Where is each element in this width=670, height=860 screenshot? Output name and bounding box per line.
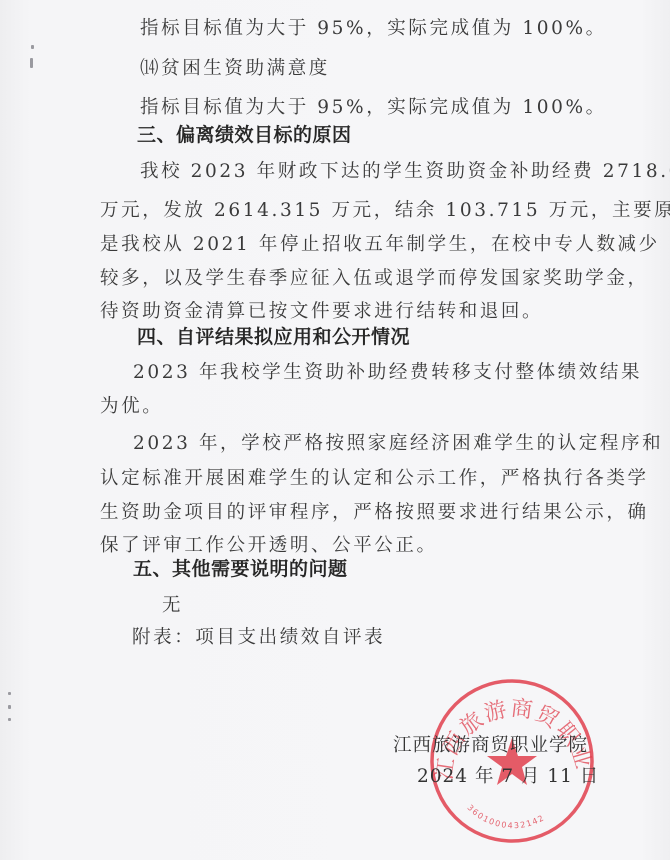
paragraph-line: 是我校从 2021 年停止招收五年制学生，在校中专人数减少: [100, 233, 660, 257]
paragraph-line: 认定标准开展困难学生的认定和公示工作，严格执行各类学: [100, 467, 649, 491]
paragraph-line: 待资助资金清算已按文件要求进行结转和退回。: [100, 300, 543, 324]
signature-date: 2024 年 7 月 11 日: [417, 765, 599, 789]
indicator-title: ⒁贫困生资助满意度: [140, 57, 330, 81]
paragraph-line: 2023 年，学校严格按照家庭经济困难学生的认定程序和: [133, 432, 663, 456]
paragraph-line: 较多，以及学生春季应征入伍或退学而停发国家奖助学金，: [100, 267, 649, 291]
paragraph-line: 万元，发放 2614.315 万元，结余 103.715 万元，主要原因: [100, 199, 670, 223]
section-heading-5: 五、其他需要说明的问题: [133, 557, 348, 581]
paragraph-line: 保了评审工作公开透明、公平公正。: [100, 534, 438, 558]
paragraph-line: 为优。: [100, 395, 163, 419]
paragraph-line: 2023 年我校学生资助补助经费转移支付整体绩效结果: [133, 361, 642, 385]
paragraph-line: 生资助金项目的评审程序，严格按照要求进行结果公示，确: [100, 501, 649, 525]
indicator-line: 指标目标值为大于 95%，实际完成值为 100%。: [140, 17, 607, 41]
svg-text:3601000432142: 3601000432142: [465, 803, 546, 830]
binding-hole-mark: [31, 45, 34, 49]
section-heading-3: 三、偏离绩效目标的原因: [137, 123, 352, 147]
binding-hole-mark: [8, 718, 11, 721]
paragraph-line: 我校 2023 年财政下达的学生资助资金补助经费 2718.03: [140, 160, 670, 184]
indicator-line: 指标目标值为大于 95%，实际完成值为 100%。: [140, 96, 607, 120]
attachment-note: 附表：项目支出绩效自评表: [132, 626, 385, 650]
binding-hole-mark: [8, 692, 11, 695]
section5-content: 无: [162, 594, 183, 618]
section-heading-4: 四、自评结果拟应用和公开情况: [137, 325, 410, 349]
document-page: 指标目标值为大于 95%，实际完成值为 100%。 ⒁贫困生资助满意度 指标目标…: [0, 0, 670, 860]
signature-organization: 江西旅游商贸职业学院: [393, 734, 588, 758]
binding-hole-mark: [30, 58, 33, 68]
official-seal-stamp: 江西旅游商贸职业学院 3601000432142: [427, 676, 597, 846]
binding-hole-mark: [8, 705, 11, 709]
